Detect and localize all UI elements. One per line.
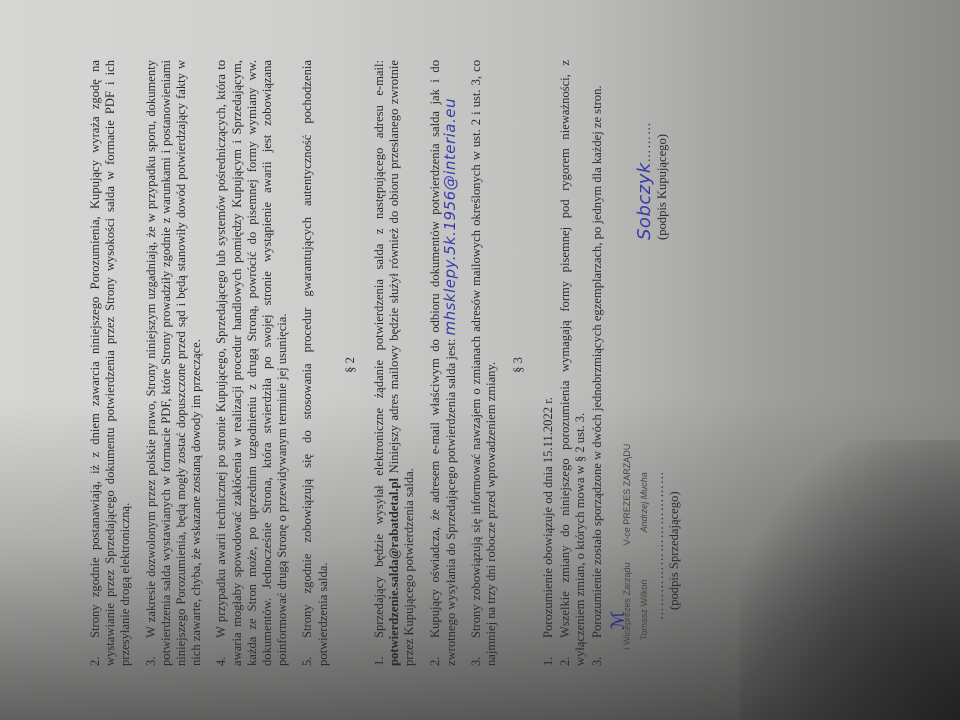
section2-item-2: 2.Kupujący oświadcza, że adresem e-mail … [428, 60, 459, 670]
item-number: 1. [372, 638, 387, 666]
item-text: Wszelkie zmiany do niniejszego porozumie… [558, 60, 587, 666]
section-1-continued: 2.Strony zgodnie postanawiają, iż z dnie… [88, 60, 729, 670]
seller-stamp: I Wiceprezes Zarządu V-ce PREZES ZARZĄDU… [619, 390, 651, 650]
stamp-name-2: Andrzej Mucha [639, 472, 649, 532]
stamp-name-1: Tomasz Wilkoń [639, 579, 649, 640]
item-text: Strony zgodnie zobowiązują się do stosow… [300, 60, 329, 666]
section1-item-5: 5.Strony zgodnie zobowiązują się do stos… [300, 60, 330, 670]
buyer-signature-label: (podpis Kupującego) [655, 40, 670, 240]
buyer-signature-handwritten: Sobczyk [634, 162, 655, 240]
seller-signature-scribble: ℳ [611, 611, 626, 630]
section2-item-1: 1.Sprzedający będzie wysyłał elektronicz… [372, 60, 418, 670]
stamp-title-1: I Wiceprezes Zarządu [622, 562, 632, 650]
seller-signature-label: (podpis Sprzedającego) [667, 390, 682, 610]
section1-item-3: 3.W zakresie dozwolonym przez polskie pr… [144, 60, 205, 670]
buyer-signature-line: Sobczyk……… [637, 40, 654, 240]
section3-item-1: 1.Porozumienie obowiązuje od dnia 15.11.… [541, 60, 556, 670]
buyer-signature-block: Sobczyk……… (podpis Kupującego) [619, 40, 669, 240]
item-text: Porozumienie zostało sporządzone w dwóch… [590, 85, 604, 638]
seller-signature-block: I Wiceprezes Zarządu V-ce PREZES ZARZĄDU… [619, 390, 682, 650]
item-text: Strony zobowiązują się informować nawzaj… [469, 60, 498, 666]
item-number: 5. [300, 638, 315, 666]
section3-item-2: 2.Wszelkie zmiany do niniejszego porozum… [558, 60, 588, 670]
buyer-email-handwritten: mhsklepy.5k.1956@interia.eu [441, 98, 459, 336]
item-number: 3. [590, 638, 605, 666]
section-2-heading: § 2 [343, 60, 358, 670]
item-number: 2. [558, 638, 573, 666]
item-text: W przypadku awarii technicznej po stroni… [214, 60, 289, 666]
item-number: 2. [88, 638, 103, 666]
signature-area: I Wiceprezes Zarządu V-ce PREZES ZARZĄDU… [619, 60, 729, 670]
item-number: 2. [428, 638, 443, 666]
seller-signature-line: …………………………… [652, 390, 667, 620]
section-3-heading: § 3 [511, 60, 526, 670]
stamp-title-2: V-ce PREZES ZARZĄDU [622, 444, 632, 546]
item-text: W zakresie dozwolonym przez polskie praw… [144, 60, 204, 666]
section1-item-4: 4.W przypadku awarii technicznej po stro… [214, 60, 290, 670]
section1-item-2: 2.Strony zgodnie postanawiają, iż z dnie… [88, 60, 134, 670]
item-text: Sprzedający będzie wysyłał elektroniczne… [372, 60, 386, 638]
item-text: Strony zgodnie postanawiają, iż z dniem … [88, 60, 132, 666]
item-text: Porozumienie obowiązuje od dnia 15.11.20… [541, 397, 555, 638]
item-number: 1. [541, 638, 556, 666]
dots: ……… [639, 121, 653, 162]
document-page: 2.Strony zgodnie postanawiają, iż z dnie… [60, 10, 780, 710]
item-number: 3. [144, 638, 159, 666]
item-number: 4. [214, 638, 229, 666]
section3-item-3: 3.Porozumienie zostało sporządzone w dwó… [590, 60, 605, 670]
section2-item-3: 3.Strony zobowiązują się informować nawz… [469, 60, 499, 670]
seller-email: potwierdzenie.salda@rabatdetal.pl [387, 478, 401, 666]
item-number: 3. [469, 638, 484, 666]
